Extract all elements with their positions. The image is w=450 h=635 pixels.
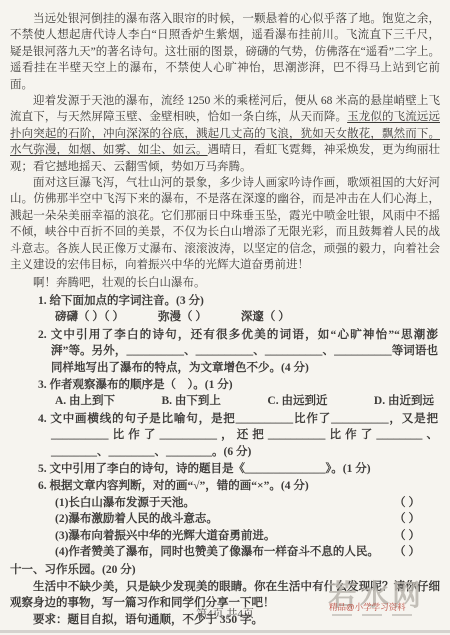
question-2-fill-words: 2. 文中引用了李白的诗句，还有很多优美的词语，如“心旷神怡”“思潮澎湃”等。另… [38,327,438,376]
scan-bottom-edge [0,630,450,633]
question-block: 1. 给下面加点的字词注音。(3 分) 磅礴（ ）（ ） 弥漫（ ） 深邃（ ）… [38,293,438,561]
q6-item-2-text: (2)瀑布激励着人民的战斗意志。 [55,511,218,527]
q6-item-3-answer-bracket: （ ） [394,528,420,544]
question-6-true-false: 6. 根据文章内容判断，对的画“√”，错的画“×”。(4 分) [38,478,438,494]
q6-item-4-answer-bracket: （ ） [394,544,420,560]
question-3-observation-order: 3. 作者观察瀑布的顺序是（ ）。(1 分) [38,377,438,393]
option-c: C. 由远到近 [267,393,327,409]
essay-paragraph-2: 迎着发源于天池的瀑布，流经 1250 米的乘槎河后，便从 68 米高的悬崖峭壁上… [10,93,440,175]
option-a: A. 由上到下 [55,393,115,409]
watermark-reflection-marks [332,614,412,616]
q6-item-4-text: (4)作者赞美了瀑布，同时也赞美了像瀑布一样奋斗不息的人民。 [55,544,379,560]
question-3-options: A. 由上到下 B. 由下到上 C. 由远到近 D. 由近到远 [38,393,438,409]
q6-item-1-text: (1)长白山瀑布发源于天池。 [55,495,195,511]
test-paper-page: 当远处银河倒挂的瀑布落入眼帘的时候，一颗悬着的心似乎落了地。饱览之余，不禁使人想… [0,0,450,635]
essay-closing-exclamation: 啊！奔腾吧，壮观的长白山瀑布。 [10,275,440,291]
watermark-red-text: 精品@小学学习资料 [329,599,406,615]
essay-paragraph-1: 当远处银河倒挂的瀑布落入眼帘的时候，一颗悬着的心似乎落了地。饱览之余，不禁使人想… [10,11,440,93]
watermark: 若水网 精品@小学学习资料 [328,581,448,627]
q6-item-4: (4)作者赞美了瀑布，同时也赞美了像瀑布一样奋斗不息的人民。 （ ） [38,544,438,560]
section-11-title: 十一、习作乐园。(20 分) [10,562,440,578]
question-5-poem-title: 5. 文中引用了李白的诗句，诗的题目是《______________》。(1 分… [38,461,438,477]
question-1-pinyin: 1. 给下面加点的字词注音。(3 分) [38,293,438,309]
q6-item-1-answer-bracket: （ ） [394,495,420,511]
question-1-word-list: 磅礴（ ）（ ） 弥漫（ ） 深邃（ ） [38,309,438,325]
q6-item-2-answer-bracket: （ ） [394,511,420,527]
q1-word-pangbo: 磅礴（ ）（ ） [55,309,124,325]
q1-word-shensui: 深邃（ ） [241,309,290,325]
q1-word-miman: 弥漫（ ） [158,309,207,325]
page-content: 当远处银河倒挂的瀑布落入眼帘的时候，一颗悬着的心似乎落了地。饱览之余，不禁使人想… [0,0,450,628]
essay-paragraph-3: 面对这巨瀑飞泻，气壮山河的景象，多少诗人画家吟诗作画，歌颂祖国的大好河山。仿佛那… [10,175,440,273]
q6-item-2: (2)瀑布激励着人民的战斗意志。 （ ） [38,511,438,527]
q6-item-3-text: (3)瀑布向着振兴中华的光辉大道奋勇前进。 [55,528,275,544]
option-d: D. 由近到远 [374,393,434,409]
q6-item-3: (3)瀑布向着振兴中华的光辉大道奋勇前进。 （ ） [38,528,438,544]
q6-item-1: (1)长白山瀑布发源于天池。 （ ） [38,495,438,511]
question-4-simile-blanks: 4. 文中画横线的句子是比喻句，是把__________比作了_________… [38,411,438,460]
option-b: B. 由下到上 [162,393,221,409]
